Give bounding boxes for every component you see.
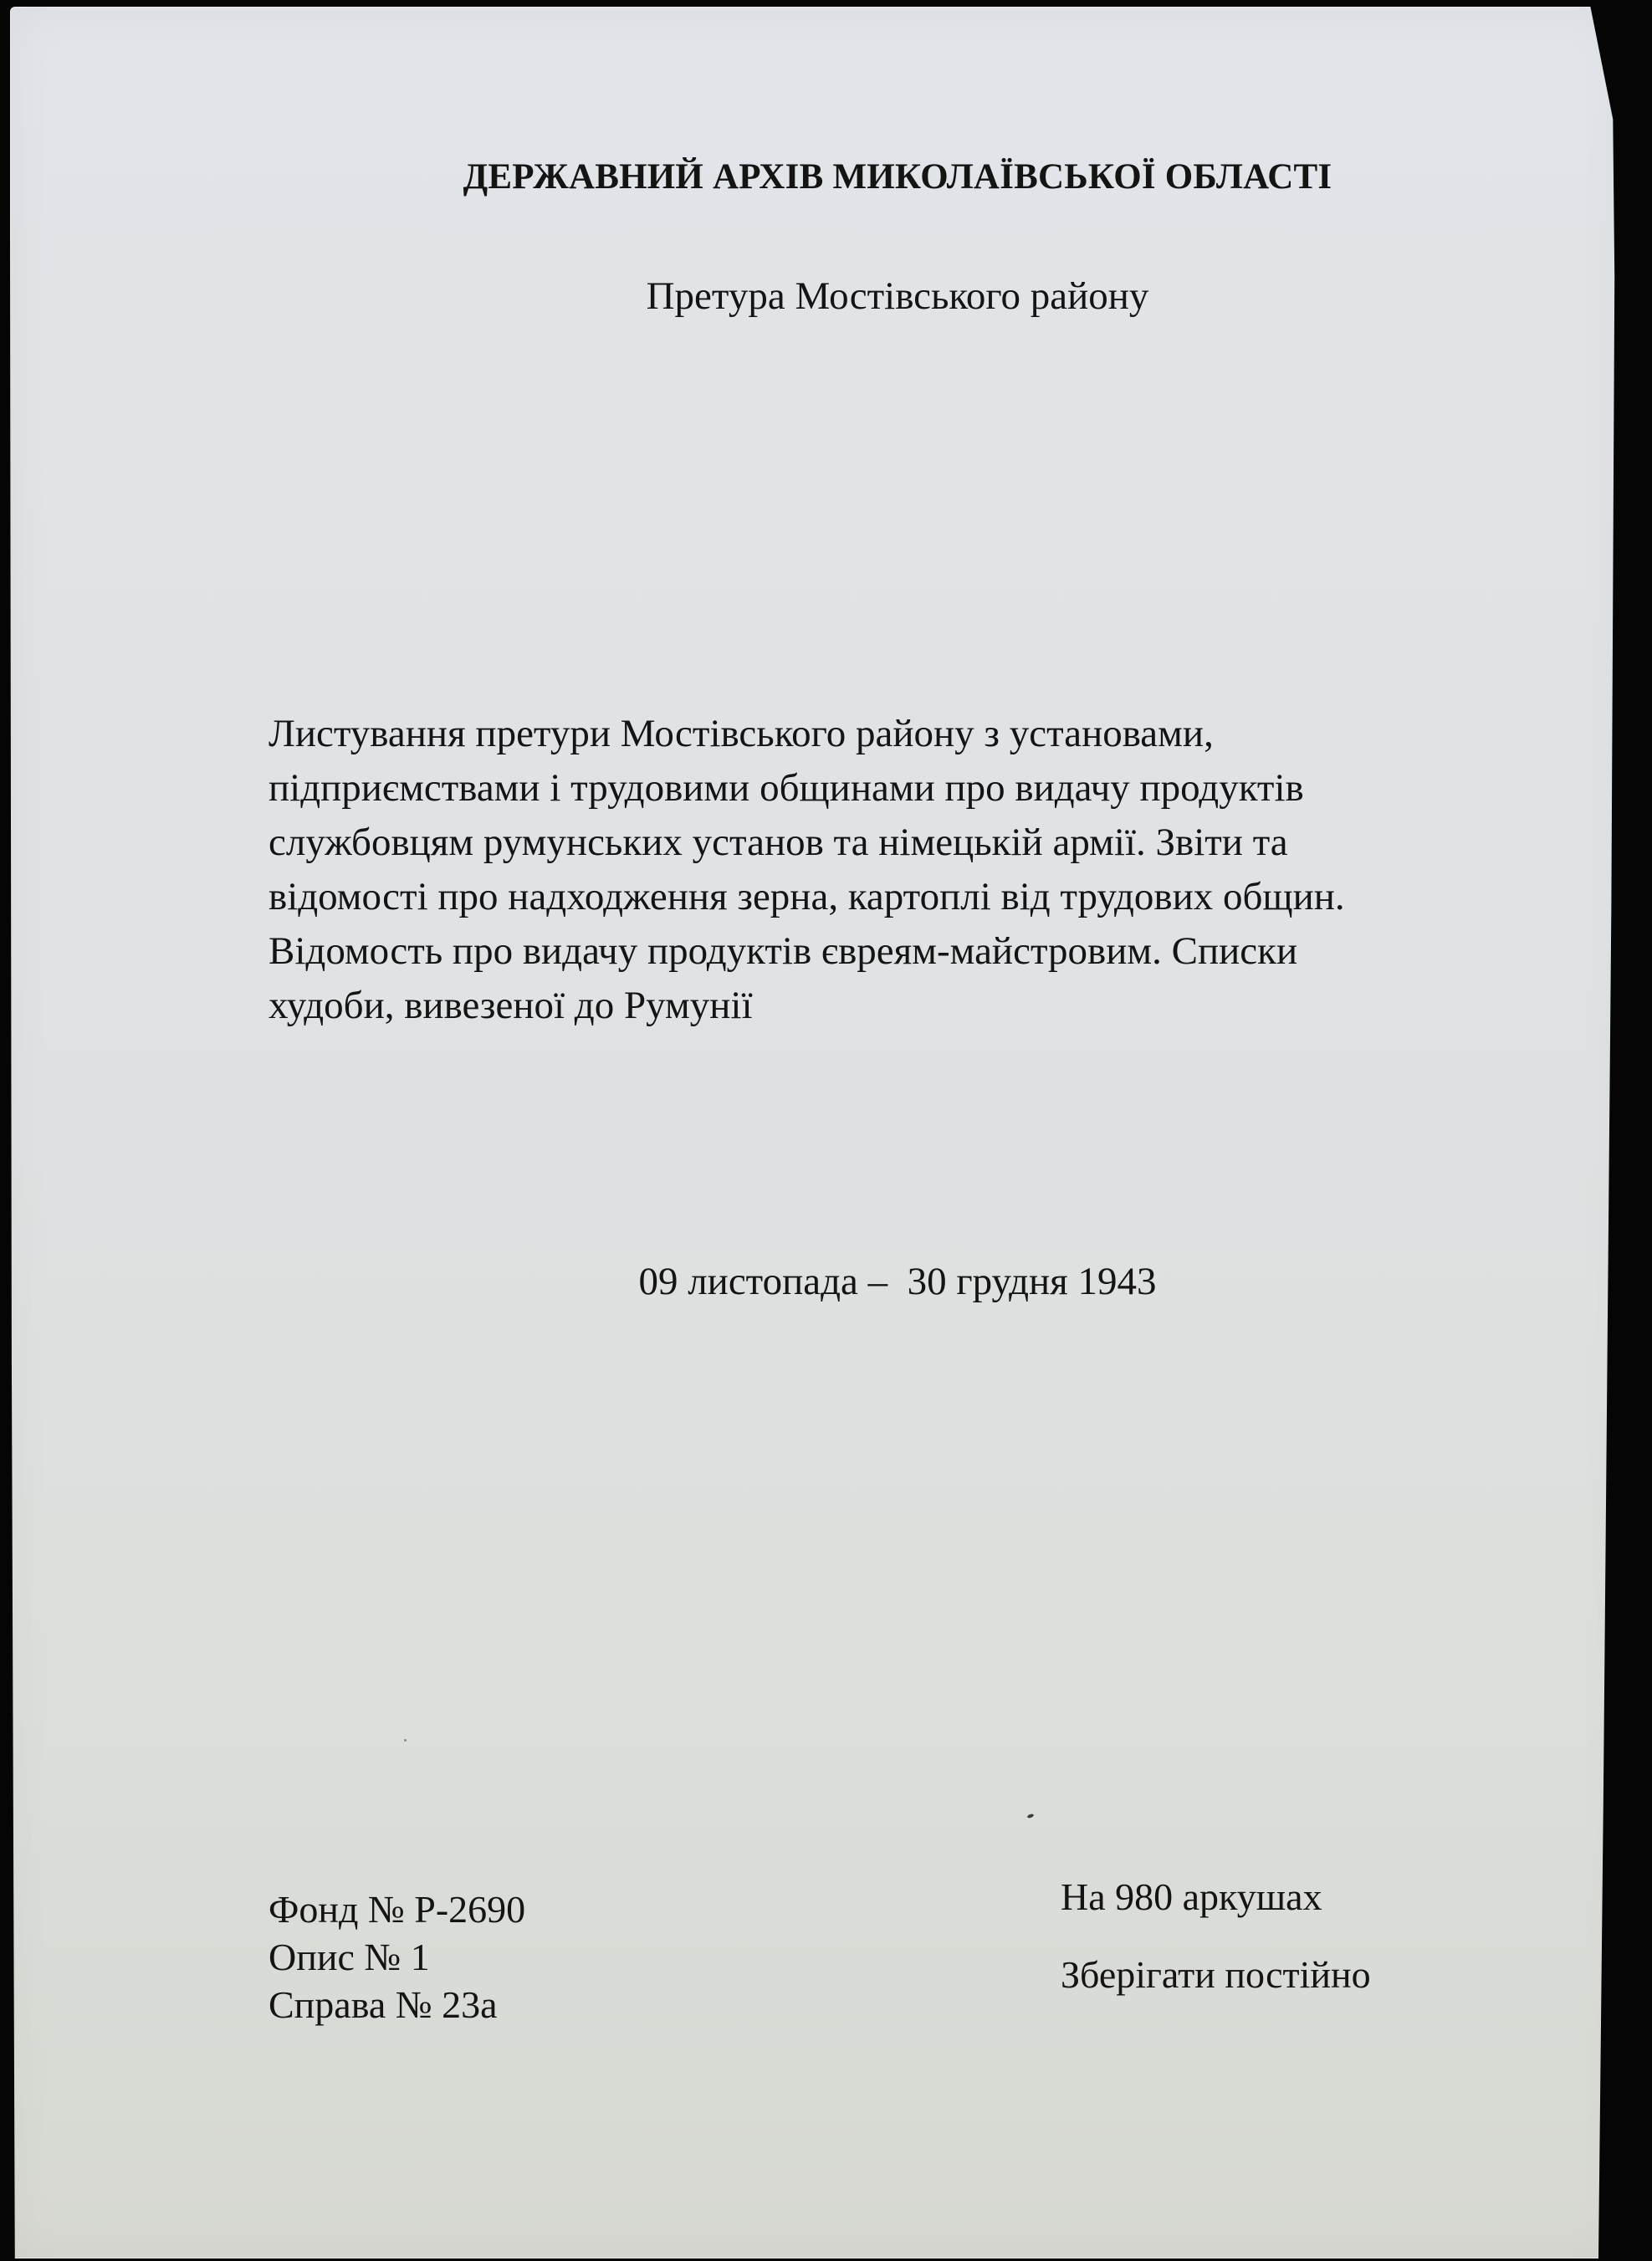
description-line: підприємствами і трудовими общинами про … (269, 761, 1523, 816)
description-line: худоби, вивезеної до Румунії (269, 979, 1523, 1033)
institution-name: Претура Мостівського району (11, 274, 1652, 319)
sprava-number: Справа № 23а (269, 1981, 525, 2028)
sheet-count: На 980 аркушах (1061, 1875, 1371, 1919)
archive-cover-sheet: ДЕРЖАВНИЙ АРХІВ МИКОЛАЇВСЬКОЇ ОБЛАСТІ Пр… (10, 7, 1619, 2258)
paper-speck (404, 1739, 407, 1742)
fond-number: Фонд № Р-2690 (269, 1885, 525, 1933)
archive-title: ДЕРЖАВНИЙ АРХІВ МИКОЛАЇВСЬКОЇ ОБЛАСТІ (11, 156, 1652, 197)
description-line: Листування претури Мостівського району з… (269, 707, 1523, 761)
paper-speck (1027, 1813, 1035, 1819)
file-description: Листування претури Мостівського району з… (269, 707, 1523, 1033)
description-line: Відомость про видачу продуктів євреям-ма… (269, 924, 1523, 979)
date-range: 09 листопада – 30 грудня 1943 (11, 1259, 1652, 1304)
description-line: службовцям румунських установ та німецьк… (269, 816, 1523, 870)
description-line: відомості про надходження зерна, картопл… (269, 870, 1523, 924)
opys-number: Опис № 1 (269, 1933, 525, 1981)
retention-note: Зберігати постійно (1061, 1952, 1371, 1997)
storage-info: На 980 аркушах Зберігати постійно (1061, 1875, 1371, 1997)
archival-reference: Фонд № Р-2690 Опис № 1 Справа № 23а (269, 1885, 525, 2028)
